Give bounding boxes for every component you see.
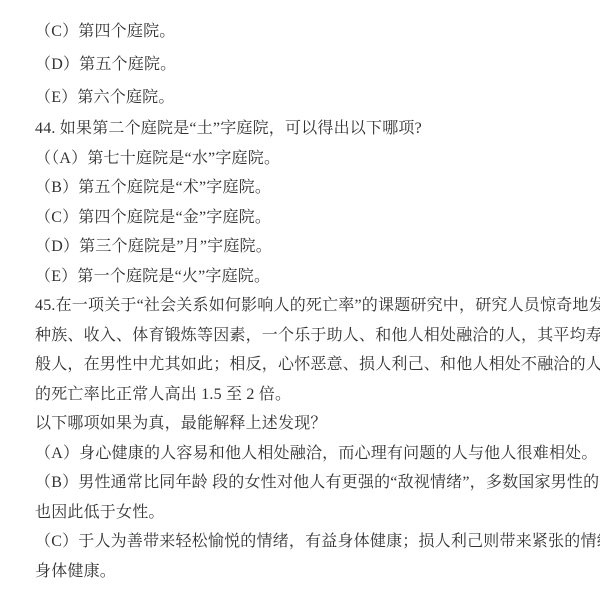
question-45-block: 45.在一项关于“社会关系如何影响人的死亡率”的课题研究中，研究人员惊奇地发现：…	[35, 291, 578, 586]
question-44-option-b: （B）第五个庭院是“术”字庭院。	[35, 173, 578, 203]
question-45-option-a: （A）身心健康的人容易和他人相处融洽，而心理有问题的人与他人很难相处。	[35, 439, 578, 469]
question-44-option-d: （D）第三个庭院是”月”宇庭院。	[35, 232, 578, 262]
question-45-stem-line-3: 般人，在男性中尤其如此；相反，心怀恶意、损人利己、和他人相处不融洽的人 70 岁…	[35, 350, 578, 380]
question-44-block: 44. 如果第二个庭院是“土”字庭院，可以得出以下哪项? （（A）第七十庭院是“…	[35, 114, 578, 291]
question-43-options-block: （C）第四个庭院。 （D）第五个庭院。 （E）第六个庭院。	[35, 15, 578, 114]
question-45-option-b-line-1: （B）男性通常比同年龄 段的女性对他人有更强的“敌视情绪”，多数国家男性的平均寿…	[35, 468, 578, 498]
question-44-option-a: （（A）第七十庭院是“水”字庭院。	[35, 144, 578, 174]
question-43-option-e: （E）第六个庭院。	[35, 81, 578, 114]
question-44-stem: 44. 如果第二个庭院是“土”字庭院，可以得出以下哪项?	[35, 114, 578, 144]
exam-document-page: （C）第四个庭院。 （D）第五个庭院。 （E）第六个庭院。 44. 如果第二个庭…	[0, 0, 600, 593]
question-44-option-c: （C）第四个庭院是“金”字庭院。	[35, 203, 578, 233]
question-45-option-b-line-2: 也因此低于女性。	[35, 498, 578, 528]
question-43-option-d: （D）第五个庭院。	[35, 48, 578, 81]
question-45-option-c-line-2: 身体健康。	[35, 557, 578, 587]
question-45-stem-line-1: 45.在一项关于“社会关系如何影响人的死亡率”的课题研究中，研究人员惊奇地发现：…	[35, 291, 578, 321]
question-43-option-c: （C）第四个庭院。	[35, 15, 578, 48]
question-45-stem-line-2: 种族、收入、体育锻炼等因素，一个乐于助人、和他人相处融洽的人，其平均寿命长于一	[35, 321, 578, 351]
question-45-stem-line-4: 的死亡率比正常人高出 1.5 至 2 倍。	[35, 380, 578, 410]
question-44-option-e: （E）第一个庭院是“火”字庭院。	[35, 262, 578, 292]
question-45-question-line: 以下哪项如果为真，最能解释上述发现？	[35, 409, 578, 439]
question-45-option-c-line-1: （C）于人为善带来轻松愉悦的情绪，有益身体健康；损人利己则带来紧张的情绪，有损	[35, 527, 578, 557]
